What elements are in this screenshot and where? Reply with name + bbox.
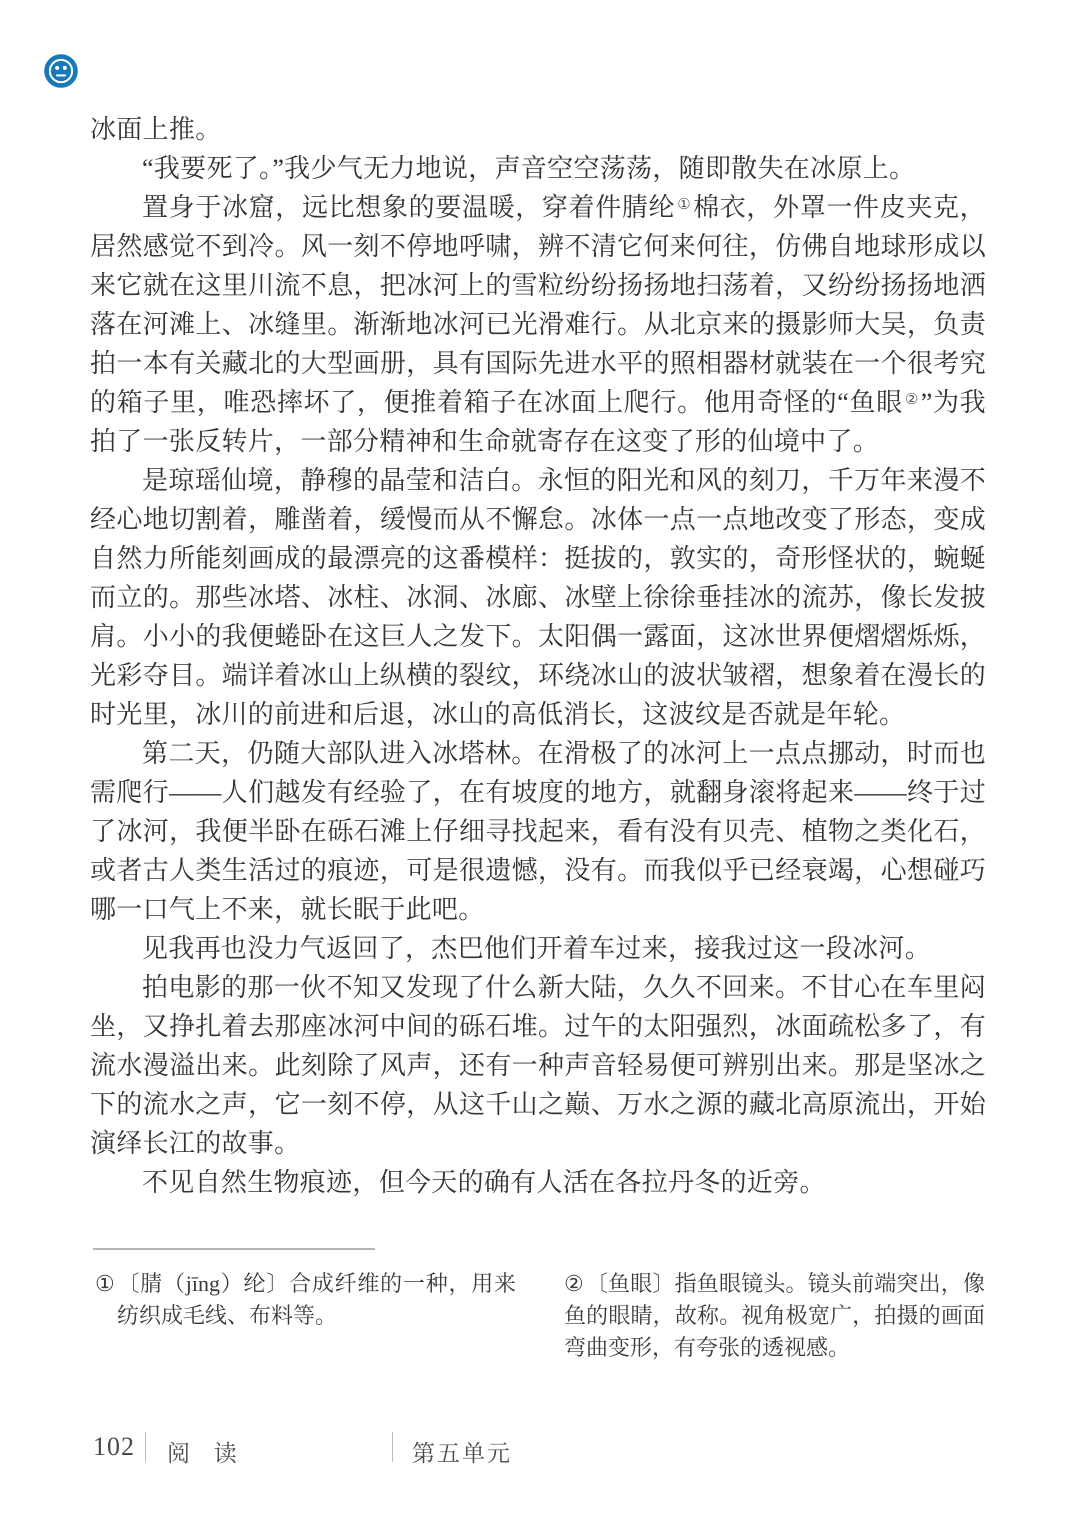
page-number: 102	[93, 1432, 135, 1462]
body-paragraph: 置身于冰窟，远比想象的要温暖，穿着件腈纶①棉衣，外罩一件皮夹克，居然感觉不到冷。…	[90, 188, 986, 461]
textbook-page: 冰面上推。 “我要死了。”我少气无力地说，声音空空荡荡，随即散失在冰原上。 置身…	[0, 0, 1080, 1526]
page-footer: 102 阅 读 第五单元	[0, 1430, 1080, 1470]
body-paragraph: 第二天，仍随大部队进入冰塔林。在滑极了的冰河上一点点挪动，时而也需爬行——人们越…	[90, 734, 986, 929]
paragraph-text: 棉衣，外罩一件皮夹克，居然感觉不到冷。风一刻不停地呼啸，辨不清它何来何往，仿佛自…	[90, 193, 986, 417]
paragraph-text: 拍电影的那一伙不知又发现了什么新大陆，久久不回来。不甘心在车里闷坐，又挣扎着去那…	[90, 973, 986, 1158]
paragraph-text: 第二天，仍随大部队进入冰塔林。在滑极了的冰河上一点点挪动，时而也需爬行——人们越…	[90, 739, 986, 924]
footnote-item: ②〔鱼眼〕指鱼眼镜头。镜头前端突出，像鱼的眼睛，故称。视角极宽广，拍摄的画面弯曲…	[564, 1268, 985, 1364]
footer-divider	[392, 1432, 393, 1462]
footnote-ref-2: ②	[905, 392, 919, 408]
lesson-body: 冰面上推。 “我要死了。”我少气无力地说，声音空空荡荡，随即散失在冰原上。 置身…	[90, 110, 986, 1202]
paragraph-text: 不见自然生物痕迹，但今天的确有人活在各拉丹冬的近旁。	[142, 1168, 826, 1197]
paragraph-text: 冰面上推。	[90, 115, 222, 144]
smiley-face-icon	[44, 54, 78, 88]
footnote-ref-1: ①	[677, 197, 691, 213]
paragraph-text: “我要死了。”我少气无力地说，声音空空荡荡，随即散失在冰原上。	[142, 154, 915, 183]
body-paragraph: “我要死了。”我少气无力地说，声音空空荡荡，随即散失在冰原上。	[90, 149, 986, 188]
footer-section-label: 阅 读	[167, 1435, 246, 1468]
footnotes: ①〔腈（jīng）纶〕合成纤维的一种，用来纺织成毛线、布料等。 ②〔鱼眼〕指鱼眼…	[95, 1268, 985, 1368]
body-paragraph: 不见自然生物痕迹，但今天的确有人活在各拉丹冬的近旁。	[90, 1163, 986, 1202]
body-paragraph: 是琼瑶仙境，静穆的晶莹和洁白。永恒的阳光和风的刻刀，千万年来漫不经心地切割着，雕…	[90, 461, 986, 734]
body-paragraph: 冰面上推。	[90, 110, 986, 149]
paragraph-text: 见我再也没力气返回了，杰巴他们开着车过来，接我过这一段冰河。	[142, 934, 931, 963]
footnote-text: 〔腈（jīng）纶〕合成纤维的一种，用来纺织成毛线、布料等。	[117, 1271, 516, 1328]
paragraph-text: 是琼瑶仙境，静穆的晶莹和洁白。永恒的阳光和风的刻刀，千万年来漫不经心地切割着，雕…	[90, 466, 986, 729]
footnote-divider	[93, 1248, 375, 1250]
body-paragraph: 见我再也没力气返回了，杰巴他们开着车过来，接我过这一段冰河。	[90, 929, 986, 968]
footnote-item: ①〔腈（jīng）纶〕合成纤维的一种，用来纺织成毛线、布料等。	[95, 1268, 516, 1332]
footnote-marker: ①	[95, 1271, 116, 1296]
footer-unit-label: 第五单元	[412, 1435, 512, 1468]
footnote-marker: ②	[564, 1271, 584, 1296]
footer-divider	[145, 1432, 146, 1462]
footnote-text: 〔鱼眼〕指鱼眼镜头。镜头前端突出，像鱼的眼睛，故称。视角极宽广，拍摄的画面弯曲变…	[564, 1271, 985, 1360]
paragraph-text: 置身于冰窟，远比想象的要温暖，穿着件腈纶	[142, 193, 675, 222]
body-paragraph: 拍电影的那一伙不知又发现了什么新大陆，久久不回来。不甘心在车里闷坐，又挣扎着去那…	[90, 968, 986, 1163]
